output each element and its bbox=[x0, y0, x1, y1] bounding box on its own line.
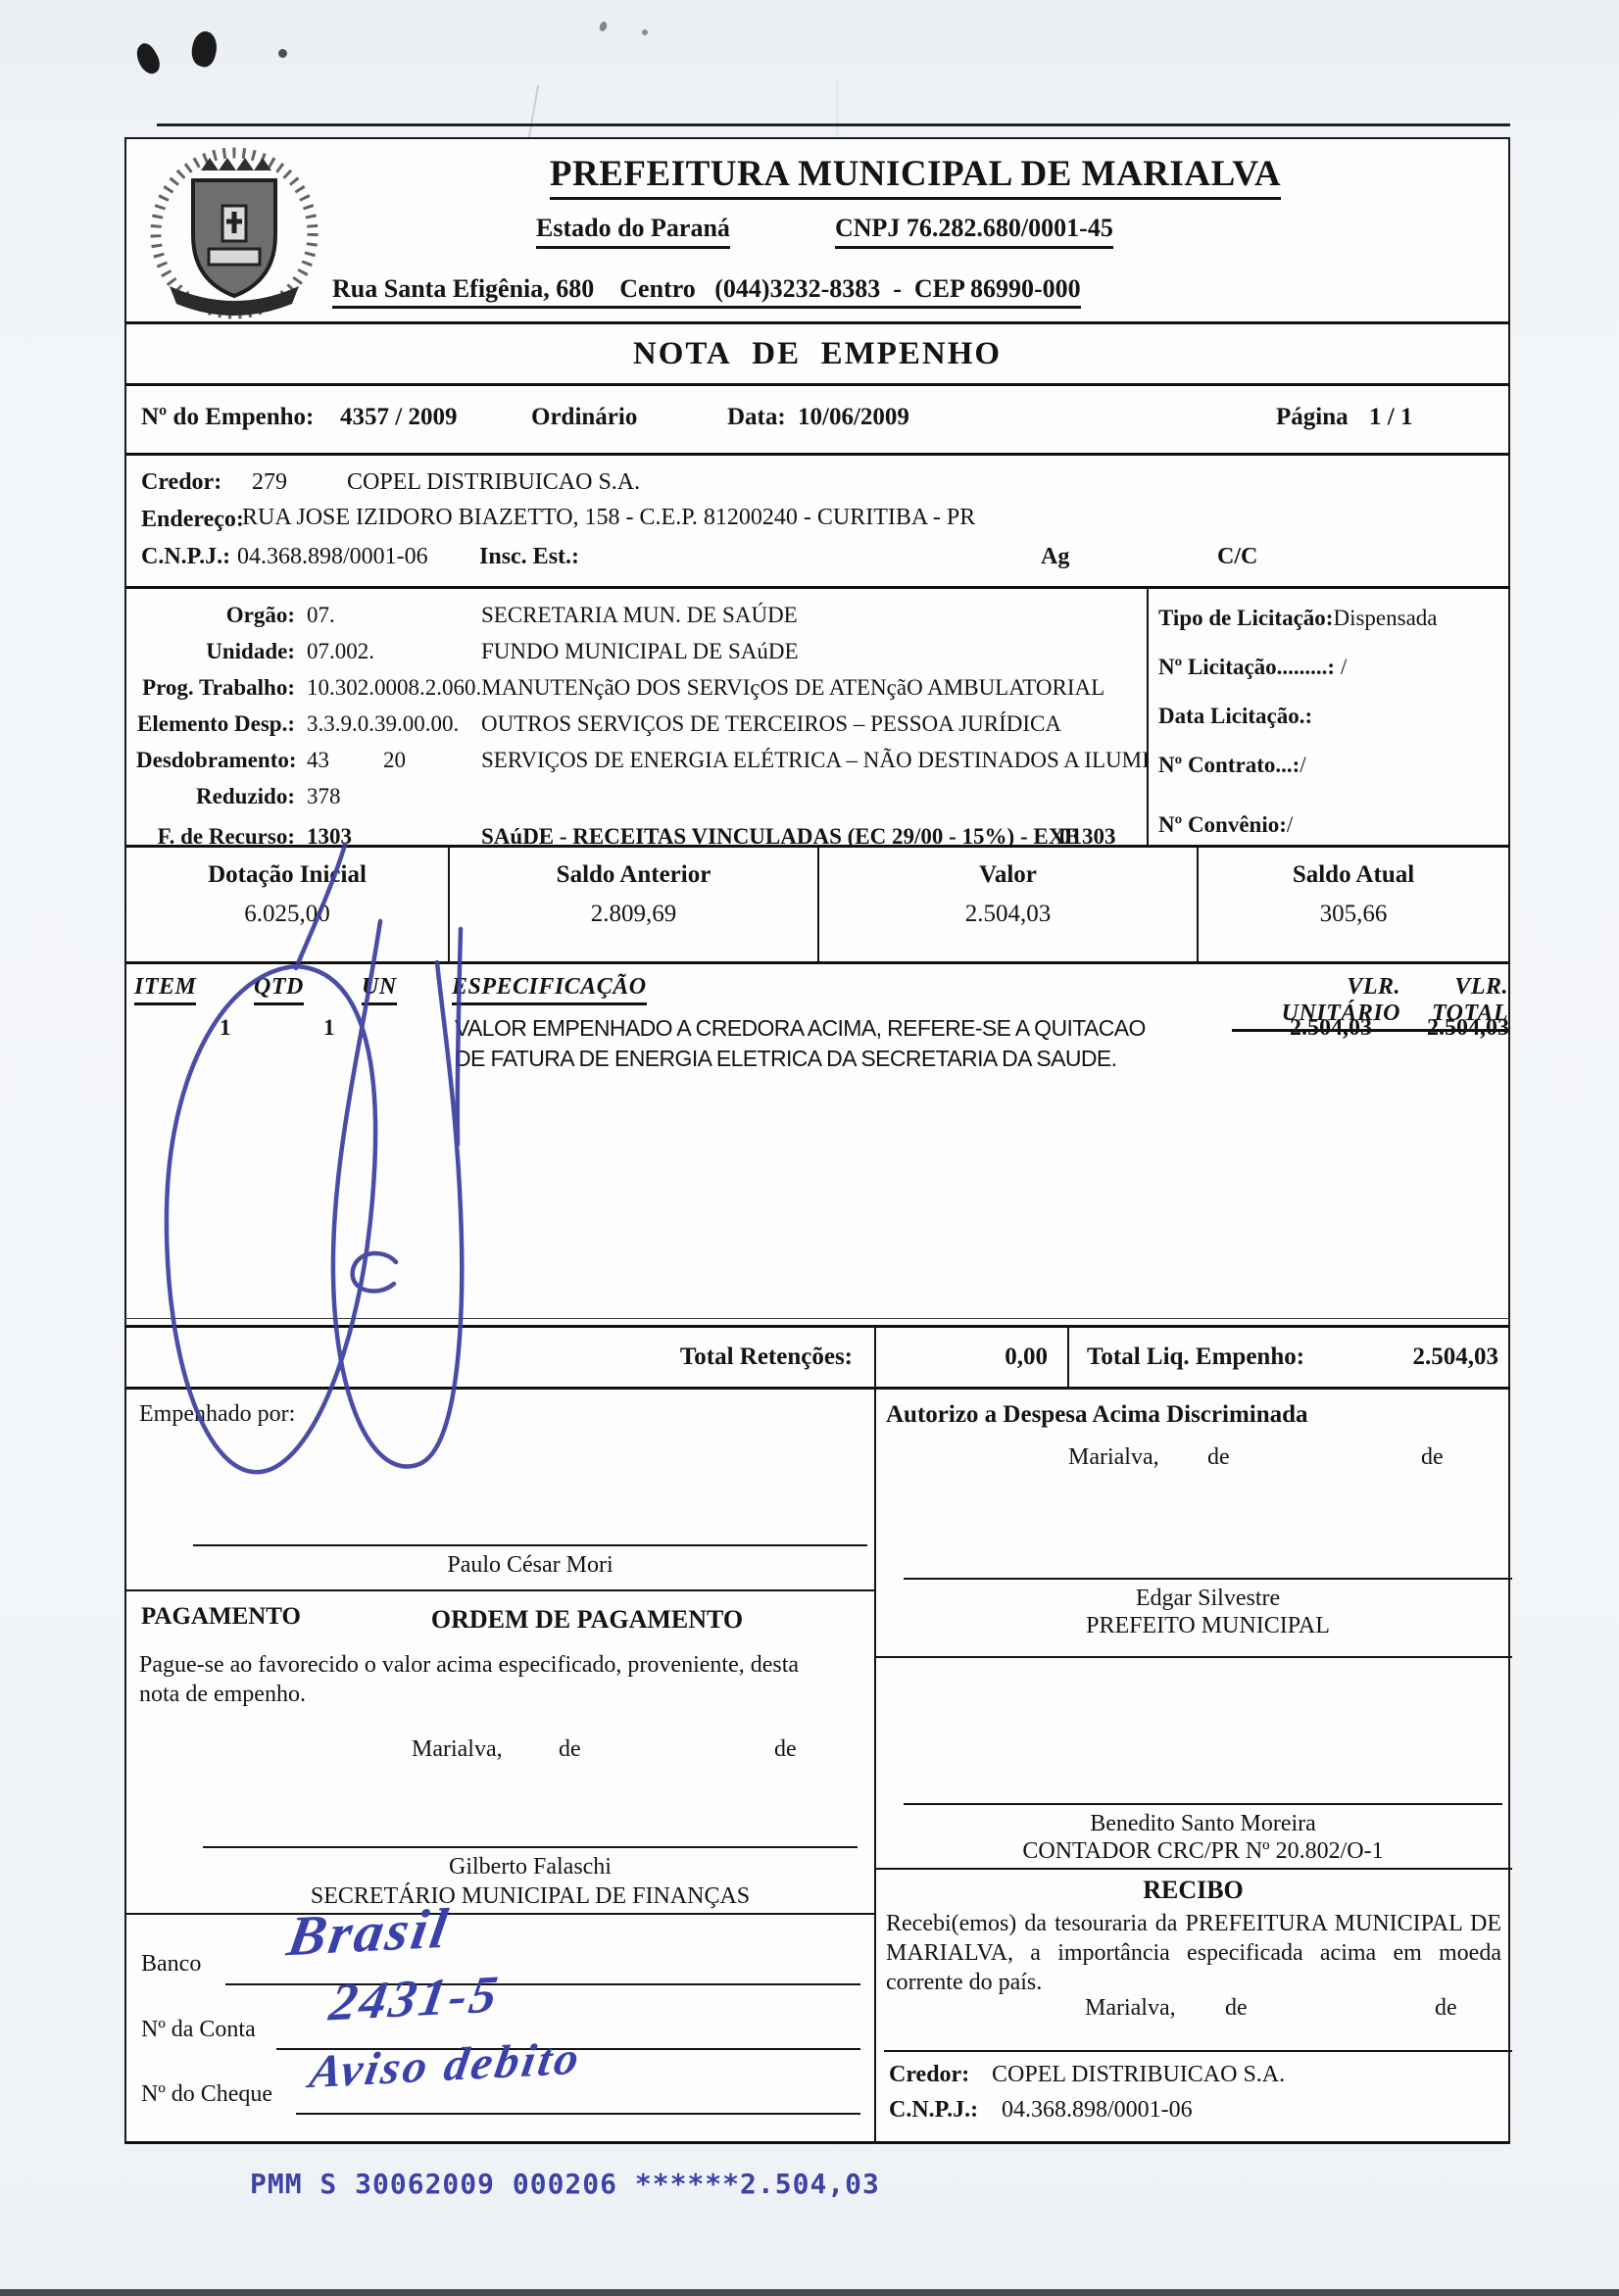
elemento-desp-label: Elemento Desp.: bbox=[136, 711, 295, 737]
recibo-de2: de bbox=[1435, 1995, 1457, 2022]
cnpj-valor: 04.368.898/0001-06 bbox=[237, 544, 428, 570]
data-licitacao-row: Data Licitação.: bbox=[1158, 704, 1312, 729]
totais-hairline bbox=[124, 1318, 1510, 1319]
total-liq-valor: 2.504,03 bbox=[1342, 1343, 1498, 1371]
empenho-row: Nº do Empenho: 4357 / 2009 Ordinário Dat… bbox=[124, 386, 1510, 453]
prefeito-nome: Edgar Silvestre bbox=[904, 1586, 1512, 1612]
cc-label: C/C bbox=[1217, 544, 1257, 570]
recibo-cnpj-label: C.N.P.J.: bbox=[889, 2097, 978, 2124]
ink-speck bbox=[278, 49, 287, 58]
header-cnpj: CNPJ 76.282.680/0001-45 bbox=[835, 214, 1113, 249]
colunas-divider bbox=[874, 1390, 876, 2144]
header-box: PREFEITURA MUNICIPAL DE MARIALVA Estado … bbox=[124, 137, 1510, 321]
ink-speck bbox=[642, 29, 648, 35]
desdobramento-row: Desdobramento:4320SERVIÇOS DE ENERGIA EL… bbox=[136, 748, 1150, 773]
pagamento-texto-l1: Pague-se ao favorecido o valor acima esp… bbox=[139, 1652, 799, 1679]
credor-box: Credor: 279 COPEL DISTRIBUICAO S.A. Ende… bbox=[124, 453, 1510, 586]
credor-codigo: 279 bbox=[252, 469, 287, 496]
ordem-pagamento-titulo: ORDEM DE PAGAMENTO bbox=[322, 1605, 852, 1635]
conta-label: Nº da Conta bbox=[141, 2017, 256, 2043]
reduzido-row: Reduzido:378 bbox=[136, 784, 481, 809]
orgao-codigo: 07. bbox=[307, 603, 481, 628]
total-retencoes-cell: Total Retenções: bbox=[126, 1328, 876, 1387]
autorizo-de1: de bbox=[1207, 1444, 1230, 1471]
cheque-label: Nº do Cheque bbox=[141, 2081, 272, 2108]
prefeito-assinatura-linha bbox=[904, 1578, 1512, 1580]
prog-trabalho-desc: MANUTENçãO DOS SERVIçOS DE ATENçãO AMBUL… bbox=[481, 675, 1104, 700]
pagamento-texto-l2: nota de empenho. bbox=[139, 1682, 306, 1708]
pagamento-cidade: Marialva, bbox=[412, 1736, 503, 1763]
elemento-desp-desc: OUTROS SERVIÇOS DE TERCEIROS – PESSOA JU… bbox=[481, 711, 1061, 736]
cnpj-label: C.N.P.J.: bbox=[141, 544, 230, 570]
pagamento-de1: de bbox=[559, 1736, 581, 1763]
col-item-header: ITEM bbox=[134, 974, 196, 1005]
num-licitacao-row: Nº Licitação.........: / bbox=[1158, 655, 1347, 680]
item-descricao: VALOR EMPENHADO A CREDORA ACIMA, REFERE-… bbox=[455, 1013, 1180, 1074]
recibo-cnpj-valor: 04.368.898/0001-06 bbox=[1002, 2097, 1193, 2124]
recibo-assinatura-linha bbox=[884, 2050, 1512, 2052]
empenho-data-label: Data: bbox=[727, 404, 786, 431]
recibo-texto: Recebi(emos) da tesouraria da PREFEITURA… bbox=[886, 1909, 1501, 1997]
dotmatrix-registro: PMM S 30062009 000206 ******2.504,03 bbox=[250, 2168, 880, 2200]
tipo-licitacao-row: Tipo de Licitação:Dispensada bbox=[1158, 606, 1438, 631]
total-retencoes-label: Total Retenções: bbox=[680, 1343, 853, 1370]
unidade-label: Unidade: bbox=[136, 639, 295, 664]
cheque-linha bbox=[296, 2113, 860, 2115]
num-convenio-label: Nº Convênio: bbox=[1158, 812, 1287, 837]
valor-cell: Valor 2.504,03 bbox=[819, 848, 1199, 961]
col-qtd-header: QTD bbox=[254, 974, 304, 1005]
financas-nome: Gilberto Falaschi bbox=[203, 1854, 858, 1881]
unidade-desc: FUNDO MUNICIPAL DE SAúDE bbox=[481, 639, 799, 663]
itens-box: ITEM QTD UN ESPECIFICAÇÃO VLR. UNITÁRIO … bbox=[124, 964, 1510, 1325]
item-vlr-unitario: 2.504,03 bbox=[1215, 1015, 1372, 1042]
contador-nome: Benedito Santo Moreira bbox=[904, 1811, 1502, 1837]
contador-assinatura-linha bbox=[904, 1803, 1502, 1805]
item-numero: 1 bbox=[220, 1015, 231, 1041]
saldo-anterior-valor: 2.809,69 bbox=[450, 901, 817, 928]
prefeitura-title: PREFEITURA MUNICIPAL DE MARIALVA bbox=[550, 154, 1281, 200]
dotacao-inicial-cell: Dotação Inicial 6.025,00 bbox=[126, 848, 450, 961]
prefeito-cargo: PREFEITO MUNICIPAL bbox=[904, 1613, 1512, 1639]
endereco-label: Endereço: bbox=[141, 507, 244, 533]
pagina-valor: 1 / 1 bbox=[1369, 404, 1412, 431]
scanned-document-page: { "page": { "kind": "scanned empenho for… bbox=[0, 0, 1619, 2296]
ink-blot bbox=[131, 40, 165, 77]
prog-trabalho-codigo: 10.302.0008.2.060. bbox=[307, 675, 481, 701]
reduzido-codigo: 378 bbox=[307, 784, 481, 809]
empenho-numero-label: Nº do Empenho: bbox=[141, 404, 314, 431]
pagamento-divisor bbox=[126, 1589, 874, 1591]
recibo-de1: de bbox=[1225, 1995, 1248, 2022]
insc-est-label: Insc. Est.: bbox=[479, 544, 579, 570]
doc-title-bar: NOTA DE EMPENHO bbox=[124, 321, 1510, 386]
ag-label: Ag bbox=[1041, 544, 1069, 570]
totais-box: Total Retenções: 0,00 Total Liq. Empenho… bbox=[124, 1325, 1510, 1390]
saldos-box: Dotação Inicial 6.025,00 Saldo Anterior … bbox=[124, 845, 1510, 964]
recibo-cidade: Marialva, bbox=[1085, 1995, 1176, 2022]
tipo-licitacao-label: Tipo de Licitação: bbox=[1158, 606, 1333, 630]
total-retencoes-valor: 0,00 bbox=[1005, 1343, 1048, 1370]
ink-blot bbox=[188, 29, 221, 70]
conta-manuscrito: 2431-5 bbox=[325, 1964, 505, 2033]
pagamento-titulo: PAGAMENTO bbox=[141, 1603, 301, 1631]
saldo-atual-label: Saldo Atual bbox=[1199, 861, 1508, 889]
desdobramento-desc: SERVIÇOS DE ENERGIA ELÉTRICA – NÃO DESTI… bbox=[481, 748, 1150, 772]
item-vlr-total: 2.504,03 bbox=[1381, 1015, 1509, 1042]
col-especificacao-header: ESPECIFICAÇÃO bbox=[452, 974, 647, 1005]
unidade-codigo: 07.002. bbox=[307, 639, 481, 664]
prog-trabalho-row: Prog. Trabalho:10.302.0008.2.060.MANUTEN… bbox=[136, 675, 1104, 701]
empenho-numero: 4357 / 2009 bbox=[340, 404, 457, 431]
recibo-credor-valor: COPEL DISTRIBUICAO S.A. bbox=[992, 2062, 1285, 2088]
total-retencoes-valor-cell: 0,00 bbox=[876, 1328, 1069, 1387]
reduzido-label: Reduzido: bbox=[136, 784, 295, 809]
pagina-label: Página bbox=[1276, 404, 1349, 431]
recibo-titulo: RECIBO bbox=[874, 1876, 1512, 1905]
doc-title: NOTA DE EMPENHO bbox=[633, 336, 1002, 371]
banco-manuscrito: Brasil bbox=[283, 1895, 455, 1969]
credor-nome: COPEL DISTRIBUICAO S.A. bbox=[347, 469, 640, 496]
desdobramento-codigo2: 20 bbox=[383, 748, 406, 772]
autorizo-titulo: Autorizo a Despesa Acima Discriminada bbox=[886, 1401, 1308, 1429]
ink-speck bbox=[599, 21, 609, 32]
prog-trabalho-label: Prog. Trabalho: bbox=[136, 675, 295, 701]
num-convenio-row: Nº Convênio:/ bbox=[1158, 812, 1293, 838]
empenho-data: 10/06/2009 bbox=[798, 404, 909, 431]
banco-divisor bbox=[126, 1913, 874, 1915]
credor-label: Credor: bbox=[141, 469, 221, 496]
valor-valor: 2.504,03 bbox=[819, 901, 1197, 928]
empenhado-por-label: Empenhado por: bbox=[139, 1401, 295, 1428]
item-descricao-linha1: VALOR EMPENHADO A CREDORA ACIMA, REFERE-… bbox=[455, 1013, 1180, 1044]
banco-linha bbox=[225, 1983, 860, 1985]
total-liq-label: Total Liq. Empenho: bbox=[1087, 1343, 1304, 1371]
orgao-row: Orgão:07.SECRETARIA MUN. DE SAÚDE bbox=[136, 603, 798, 628]
pagamento-de2: de bbox=[774, 1736, 797, 1763]
recibo-credor-label: Credor: bbox=[889, 2062, 969, 2088]
empenho-tipo: Ordinário bbox=[531, 404, 637, 431]
recibo-divisor bbox=[874, 1868, 1512, 1870]
estado-label: Estado do Paraná bbox=[536, 214, 730, 249]
endereco-valor: RUA JOSE IZIDORO BIAZETTO, 158 - C.E.P. … bbox=[242, 505, 975, 531]
col-un-header: UN bbox=[362, 974, 397, 1005]
data-licitacao-label: Data Licitação.: bbox=[1158, 704, 1312, 728]
autorizo-de2: de bbox=[1421, 1444, 1444, 1471]
scan-bottom-edge bbox=[0, 2289, 1619, 2296]
autorizo-cidade: Marialva, bbox=[1068, 1444, 1159, 1471]
contador-cargo: CONTADOR CRC/PR Nº 20.802/O-1 bbox=[904, 1838, 1502, 1865]
saldo-atual-cell: Saldo Atual 305,66 bbox=[1199, 848, 1508, 961]
empenhado-nome: Paulo César Mori bbox=[193, 1552, 867, 1579]
financas-assinatura-linha bbox=[203, 1846, 858, 1848]
banco-label: Banco bbox=[141, 1951, 201, 1978]
unidade-row: Unidade:07.002.FUNDO MUNICIPAL DE SAúDE bbox=[136, 639, 799, 664]
num-convenio-valor: / bbox=[1287, 812, 1293, 837]
empenhado-assinatura-linha bbox=[193, 1544, 867, 1546]
header-address: Rua Santa Efigênia, 680 Centro (044)3232… bbox=[332, 274, 1081, 309]
num-licitacao-valor: / bbox=[1335, 655, 1347, 679]
item-descricao-linha2: DE FATURA DE ENERGIA ELETRICA DA SECRETA… bbox=[455, 1044, 1180, 1074]
total-liq-cell: Total Liq. Empenho: 2.504,03 bbox=[1069, 1328, 1508, 1387]
elemento-desp-row: Elemento Desp.:3.3.9.0.39.00.00.OUTROS S… bbox=[136, 711, 1061, 737]
classificacao-box: Orgão:07.SECRETARIA MUN. DE SAÚDE Unidad… bbox=[124, 586, 1510, 845]
saldo-anterior-cell: Saldo Anterior 2.809,69 bbox=[450, 848, 819, 961]
orgao-desc: SECRETARIA MUN. DE SAÚDE bbox=[481, 603, 798, 627]
item-qtd: 1 bbox=[323, 1015, 335, 1041]
saldo-anterior-label: Saldo Anterior bbox=[450, 861, 817, 889]
contador-divisor bbox=[874, 1656, 1512, 1658]
licitacao-divider bbox=[1147, 589, 1149, 848]
header-top-rule bbox=[157, 123, 1510, 126]
num-contrato-label: Nº Contrato...: bbox=[1158, 753, 1300, 777]
desdobramento-codigo: 43 bbox=[307, 748, 329, 772]
desdobramento-label: Desdobramento: bbox=[136, 748, 295, 773]
dotacao-inicial-label: Dotação Inicial bbox=[126, 861, 448, 889]
num-licitacao-label: Nº Licitação.........: bbox=[1158, 655, 1335, 679]
valor-label: Valor bbox=[819, 861, 1197, 889]
dotacao-inicial-valor: 6.025,00 bbox=[126, 901, 448, 928]
saldo-atual-valor: 305,66 bbox=[1199, 901, 1508, 928]
elemento-desp-codigo: 3.3.9.0.39.00.00. bbox=[307, 711, 481, 737]
municipality-crest-logo bbox=[136, 147, 336, 319]
orgao-label: Orgão: bbox=[136, 603, 295, 628]
num-contrato-row: Nº Contrato...:/ bbox=[1158, 753, 1306, 778]
tipo-licitacao-valor: Dispensada bbox=[1333, 606, 1437, 630]
num-contrato-valor: / bbox=[1300, 753, 1305, 777]
